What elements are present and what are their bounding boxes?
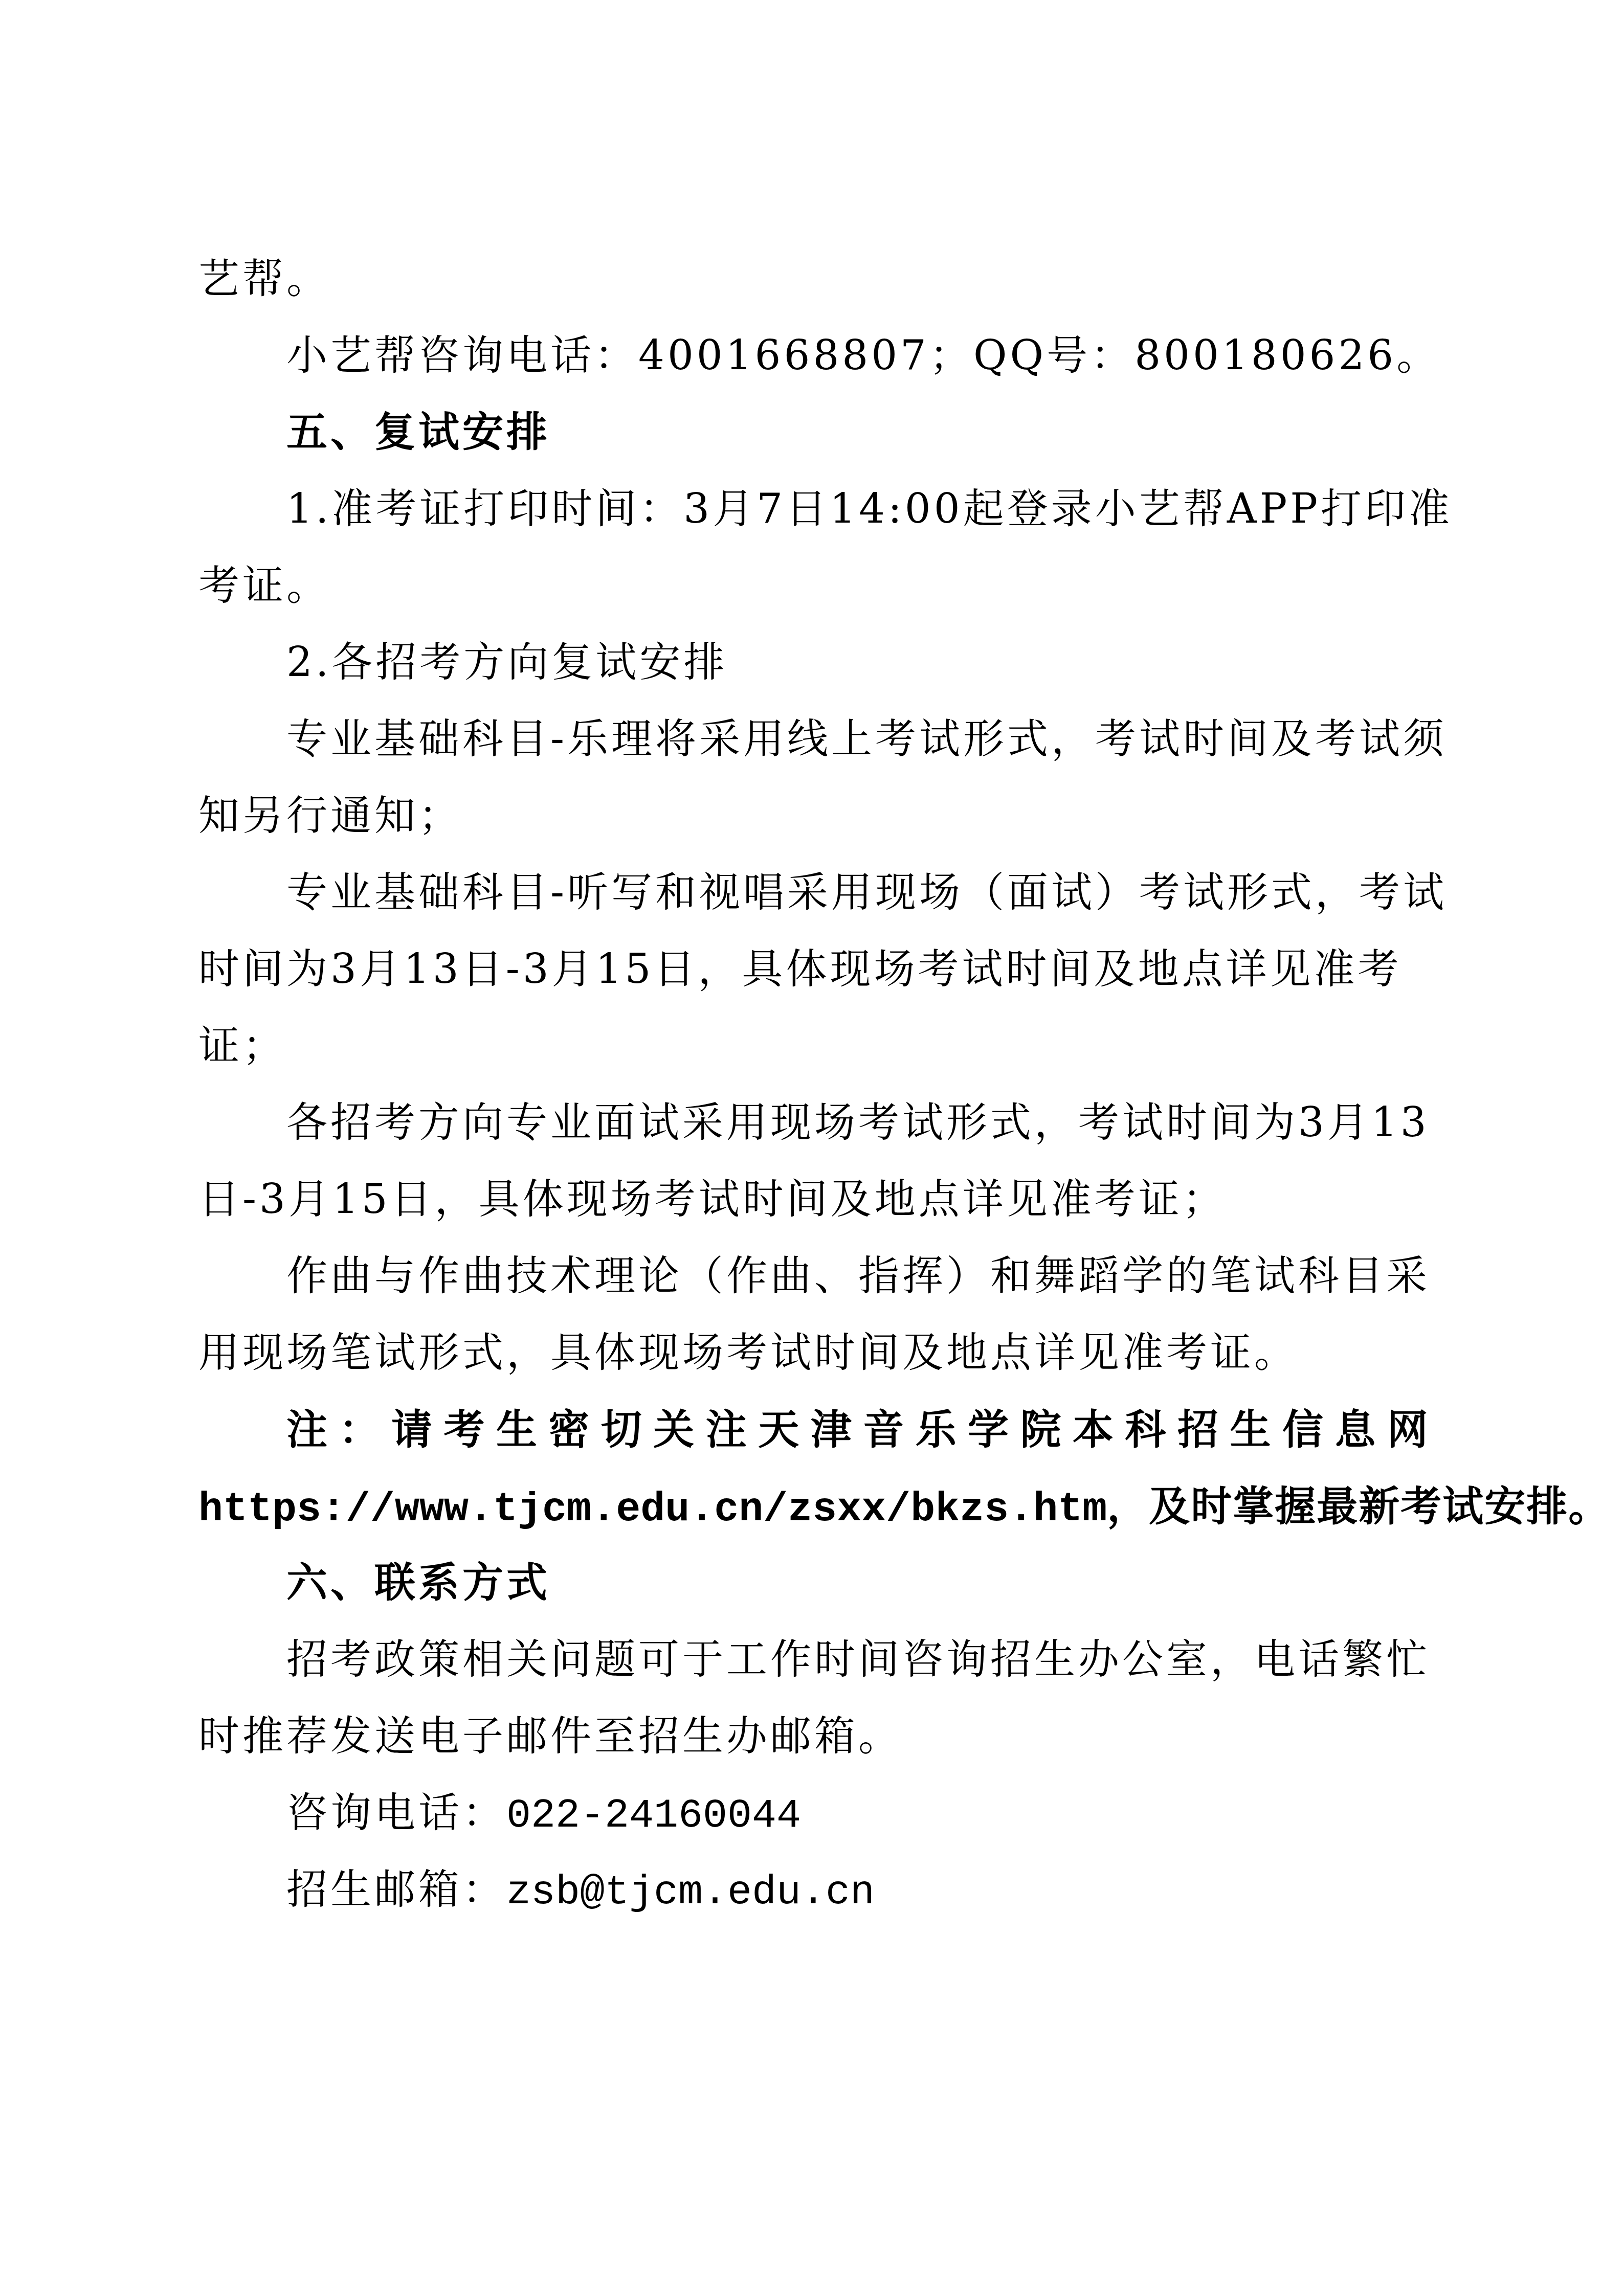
section-heading-contact: 六、联系方式	[198, 1544, 1428, 1621]
dictation-sightsinging-line-3: 证；	[198, 1007, 1428, 1084]
phone-label: 咨询电话：	[286, 1789, 506, 1836]
note-char: 音	[863, 1391, 904, 1468]
note-url-line: https://www.tjcm.edu.cn/zsxx/bkzs.htm，及时…	[198, 1468, 1428, 1544]
note-char: 津	[811, 1391, 852, 1468]
note-char: 院	[1020, 1391, 1061, 1468]
dictation-sightsinging-line-1: 专业基础科目-听写和视唱采用现场（面试）考试形式，考试	[198, 854, 1428, 931]
contact-policy-line-1: 招考政策相关问题可于工作时间咨询招生办公室，电话繁忙	[198, 1621, 1428, 1698]
music-theory-exam-line-2: 知另行通知；	[198, 777, 1428, 854]
note-char: 注	[286, 1391, 327, 1468]
dictation-sightsinging-line-2: 时间为3月13日-3月15日，具体现场考试时间及地点详见准考	[198, 931, 1428, 1007]
note-char: ：	[339, 1391, 380, 1468]
note-char: 生	[496, 1391, 537, 1468]
admissions-website-link[interactable]: https://www.tjcm.edu.cn/zsxx/bkzs.htm	[198, 1487, 1107, 1533]
note-char: 考	[443, 1391, 484, 1468]
section-heading-retest-arrangement: 五、复试安排	[198, 394, 1428, 470]
note-char: 乐	[916, 1391, 956, 1468]
note-char: 密	[548, 1391, 589, 1468]
note-char: 请	[391, 1391, 432, 1468]
note-char: 生	[1230, 1391, 1271, 1468]
note-url-tail: ，及时掌握最新考试安排。	[1107, 1482, 1610, 1530]
music-theory-exam-line-1: 专业基础科目-乐理将采用线上考试形式，考试时间及考试须	[198, 701, 1428, 777]
email-value[interactable]: zsb@tjcm.edu.cn	[506, 1870, 875, 1916]
note-char: 信	[1282, 1391, 1323, 1468]
written-exam-line-2: 用现场笔试形式，具体现场考试时间及地点详见准考证。	[198, 1314, 1428, 1391]
admission-ticket-print-line-1: 1.准考证打印时间：3月7日14:00起登录小艺帮APP打印准	[198, 470, 1428, 547]
professional-interview-line-1: 各招考方向专业面试采用现场考试形式，考试时间为3月13	[198, 1084, 1428, 1161]
xiaoyibang-contact-line: 小艺帮咨询电话：4001668807；QQ号：800180626。	[198, 317, 1428, 394]
note-char: 招	[1177, 1391, 1218, 1468]
professional-interview-line-2: 日-3月15日，具体现场考试时间及地点详见准考证；	[198, 1161, 1428, 1237]
email-label: 招生邮箱：	[286, 1865, 506, 1913]
note-char: 息	[1334, 1391, 1375, 1468]
subsection-heading-direction-arrangement: 2.各招考方向复试安排	[198, 624, 1428, 701]
admission-ticket-print-line-2: 考证。	[198, 547, 1428, 624]
note-char: 关	[653, 1391, 694, 1468]
phone-line: 咨询电话：022-24160044	[198, 1774, 1428, 1851]
phone-value[interactable]: 022-24160044	[506, 1793, 801, 1839]
written-exam-line-1: 作曲与作曲技术理论（作曲、指挥）和舞蹈学的笔试科目采	[198, 1237, 1428, 1314]
note-char: 科	[1125, 1391, 1166, 1468]
contact-policy-line-2: 时推荐发送电子邮件至招生办邮箱。	[198, 1698, 1428, 1774]
email-line: 招生邮箱：zsb@tjcm.edu.cn	[198, 1851, 1428, 1928]
note-char: 天	[758, 1391, 799, 1468]
body-text-line: 艺帮。	[198, 240, 1428, 317]
note-char: 注	[706, 1391, 747, 1468]
note-char: 本	[1073, 1391, 1114, 1468]
note-char: 切	[601, 1391, 642, 1468]
note-line: 注：请考生密切关注天津音乐学院本科招生信息网	[198, 1391, 1428, 1468]
document-page: 艺帮。 小艺帮咨询电话：4001668807；QQ号：800180626。 五、…	[198, 240, 1428, 1928]
note-char: 网	[1387, 1391, 1428, 1468]
note-char: 学	[968, 1391, 1009, 1468]
